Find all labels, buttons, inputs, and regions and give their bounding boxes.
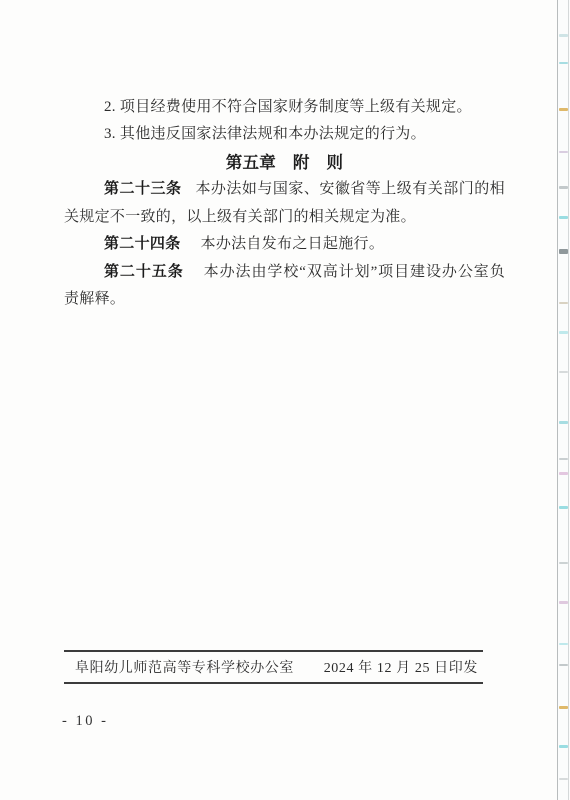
colophon: 阜阳幼儿师范高等专科学校办公室 2024 年 12 月 25 日印发 (64, 650, 483, 684)
page-edge-streak (559, 601, 568, 604)
paragraph: 3. 其他违反国家法律法规和本办法规定的行为。 (64, 121, 505, 148)
page-edge-streak (559, 643, 568, 645)
paragraph-text: 3. 其他违反国家法律法规和本办法规定的行为。 (104, 126, 426, 142)
page-edge-streak (559, 472, 568, 475)
paragraph-text: 2. 项目经费使用不符合国家财务制度等上级有关规定。 (104, 99, 472, 115)
page-edge-streak (559, 664, 568, 666)
page-edge-streak (559, 778, 568, 780)
page-edge-streak (559, 745, 568, 748)
page-edge-streak (559, 506, 568, 509)
page-edge-streak (559, 302, 568, 304)
page-edge-streak (559, 216, 568, 219)
page-edge-streak (559, 331, 568, 334)
page-edge-streak (559, 562, 568, 564)
page-edge-streak (559, 421, 568, 424)
issuer-name: 阜阳幼儿师范高等专科学校办公室 (75, 657, 294, 677)
scanned-document-page: 2. 项目经费使用不符合国家财务制度等上级有关规定。 3. 其他违反国家法律法规… (0, 0, 570, 800)
page-edge-streak (559, 706, 568, 709)
chapter-heading: 第五章 附 则 (64, 149, 505, 176)
paragraph-text: 本办法自发布之日起施行。 (201, 236, 385, 252)
page-edge (557, 0, 570, 800)
article-number: 第二十四条 (104, 236, 181, 252)
paragraph: 2. 项目经费使用不符合国家财务制度等上级有关规定。 (64, 94, 505, 121)
page-edge-streak (559, 186, 568, 189)
paragraph: 第二十五条本办法由学校“双高计划”项目建设办公室负责解释。 (64, 259, 505, 314)
page-edge-streak (559, 34, 568, 37)
page-edge-streak (559, 249, 568, 254)
paragraph: 第二十四条本办法自发布之日起施行。 (64, 231, 505, 258)
article-number: 第二十五条 (104, 264, 184, 280)
document-body: 2. 项目经费使用不符合国家财务制度等上级有关规定。 3. 其他违反国家法律法规… (64, 94, 505, 314)
page-number: - 10 - (62, 713, 108, 730)
page-edge-streak (559, 108, 568, 111)
article-number: 第二十三条 (104, 181, 181, 197)
page-edge-streak (559, 62, 568, 64)
print-date: 2024 年 12 月 25 日印发 (324, 657, 478, 677)
page-edge-streak (559, 151, 568, 153)
page-edge-streak (559, 458, 568, 460)
page-edge-streak (559, 371, 568, 373)
paragraph: 第二十三条本办法如与国家、安徽省等上级有关部门的相关规定不一致的，以上级有关部门… (64, 176, 505, 231)
